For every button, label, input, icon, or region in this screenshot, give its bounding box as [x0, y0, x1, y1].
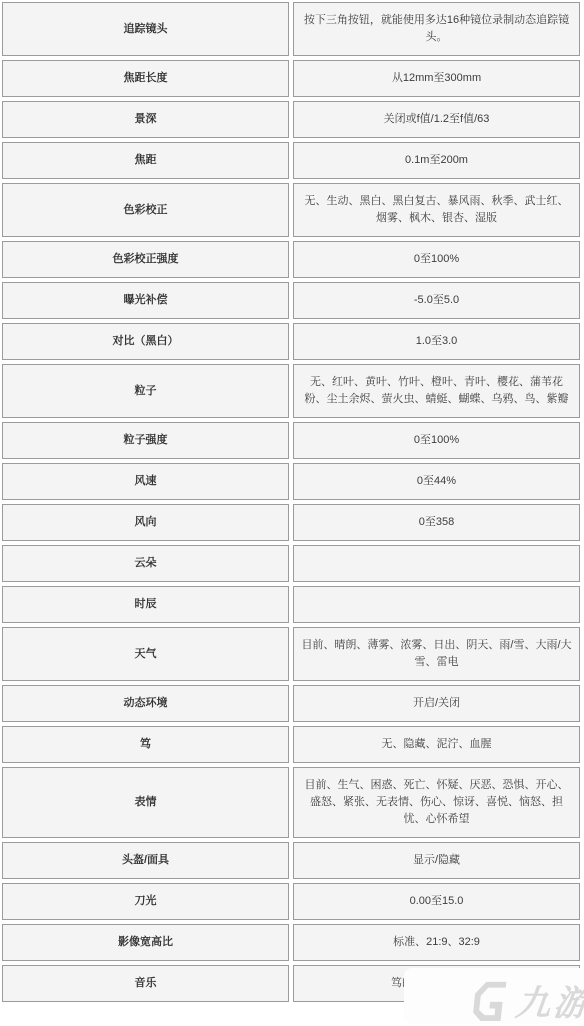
- setting-label: 色彩校正强度: [2, 241, 289, 278]
- setting-label: 刀光: [2, 883, 289, 920]
- table-row: 色彩校正 无、生动、黑白、黑白复古、暴风雨、秋季、武士红、烟雾、枫木、银杏、湿版: [2, 183, 580, 237]
- setting-label: 表情: [2, 767, 289, 838]
- watermark-brand-text: 九游: [513, 976, 584, 1026]
- setting-value: -5.0至5.0: [293, 282, 580, 319]
- setting-label: 景深: [2, 101, 289, 138]
- settings-table: 追踪镜头 按下三角按钮，就能使用多达16种镜位录制动态追踪镜头。 焦距长度 从1…: [0, 0, 584, 1006]
- setting-label: 色彩校正: [2, 183, 289, 237]
- table-row: 粒子 无、红叶、黄叶、竹叶、橙叶、青叶、樱花、蒲苇花粉、尘土余烬、萤火虫、蜻蜓、…: [2, 364, 580, 418]
- setting-label: 天气: [2, 627, 289, 681]
- setting-label: 焦距: [2, 142, 289, 179]
- setting-label: 笃: [2, 726, 289, 763]
- table-row: 粒子强度 0至100%: [2, 422, 580, 459]
- table-row: 云朵: [2, 545, 580, 582]
- setting-value: 开启/关闭: [293, 685, 580, 722]
- table-row: 天气 目前、晴朗、薄雾、浓雾、日出、阴天、雨/雪、大雨/大雪、雷电: [2, 627, 580, 681]
- setting-value: 0.1m至200m: [293, 142, 580, 179]
- setting-label: 音乐: [2, 965, 289, 1002]
- settings-table-body: 追踪镜头 按下三角按钮，就能使用多达16种镜位录制动态追踪镜头。 焦距长度 从1…: [2, 2, 580, 1002]
- jiuyou-logo-icon: [469, 979, 514, 1023]
- table-row: 风速 0至44%: [2, 463, 580, 500]
- setting-label: 风向: [2, 504, 289, 541]
- setting-label: 时辰: [2, 586, 289, 623]
- table-row: 影像宽高比 标准、21:9、32:9: [2, 924, 580, 961]
- table-row: 追踪镜头 按下三角按钮，就能使用多达16种镜位录制动态追踪镜头。: [2, 2, 580, 56]
- setting-value: 标准、21:9、32:9: [293, 924, 580, 961]
- setting-value: 1.0至3.0: [293, 323, 580, 360]
- table-row: 头盔/面具 显示/隐藏: [2, 842, 580, 879]
- table-row: 对比（黑白） 1.0至3.0: [2, 323, 580, 360]
- table-row: 笃 无、隐藏、泥泞、血腥: [2, 726, 580, 763]
- setting-value: 目前、生气、困惑、死亡、怀疑、厌恶、恐惧、开心、盛怒、紧张、无表情、伤心、惊讶、…: [293, 767, 580, 838]
- setting-label: 动态环境: [2, 685, 289, 722]
- table-row: 焦距长度 从12mm至300mm: [2, 60, 580, 97]
- setting-label: 粒子强度: [2, 422, 289, 459]
- setting-value: 无、隐藏、泥泞、血腥: [293, 726, 580, 763]
- table-row: 刀光 0.00至15.0: [2, 883, 580, 920]
- table-row: 色彩校正强度 0至100%: [2, 241, 580, 278]
- setting-value: 关闭或f值/1.2至f值/63: [293, 101, 580, 138]
- setting-value: 无、红叶、黄叶、竹叶、橙叶、青叶、樱花、蒲苇花粉、尘土余烬、萤火虫、蜻蜓、蝴蝶、…: [293, 364, 580, 418]
- setting-value: [293, 545, 580, 582]
- setting-value: 按下三角按钮，就能使用多达16种镜位录制动态追踪镜头。: [293, 2, 580, 56]
- setting-label: 粒子: [2, 364, 289, 418]
- setting-value: 无、生动、黑白、黑白复古、暴风雨、秋季、武士红、烟雾、枫木、银杏、湿版: [293, 183, 580, 237]
- table-row: 焦距 0.1m至200m: [2, 142, 580, 179]
- table-row: 时辰: [2, 586, 580, 623]
- setting-label: 云朵: [2, 545, 289, 582]
- setting-value: 0至100%: [293, 422, 580, 459]
- setting-label: 头盔/面具: [2, 842, 289, 879]
- setting-value: 0.00至15.0: [293, 883, 580, 920]
- jiuyou-watermark: 九游: [468, 976, 584, 1026]
- setting-value: [293, 586, 580, 623]
- table-row: 曝光补偿 -5.0至5.0: [2, 282, 580, 319]
- setting-value: 从12mm至300mm: [293, 60, 580, 97]
- setting-label: 焦距长度: [2, 60, 289, 97]
- setting-label: 曝光补偿: [2, 282, 289, 319]
- table-row: 风向 0至358: [2, 504, 580, 541]
- setting-value: 0至358: [293, 504, 580, 541]
- table-row: 动态环境 开启/关闭: [2, 685, 580, 722]
- setting-label: 风速: [2, 463, 289, 500]
- setting-value: 显示/隐藏: [293, 842, 580, 879]
- setting-value: 目前、晴朗、薄雾、浓雾、日出、阴天、雨/雪、大雨/大雪、雷电: [293, 627, 580, 681]
- table-row: 表情 目前、生气、困惑、死亡、怀疑、厌恶、恐惧、开心、盛怒、紧张、无表情、伤心、…: [2, 767, 580, 838]
- table-row: 景深 关闭或f值/1.2至f值/63: [2, 101, 580, 138]
- setting-label: 对比（黑白）: [2, 323, 289, 360]
- setting-value: 0至44%: [293, 463, 580, 500]
- setting-label: 追踪镜头: [2, 2, 289, 56]
- setting-value: 0至100%: [293, 241, 580, 278]
- setting-label: 影像宽高比: [2, 924, 289, 961]
